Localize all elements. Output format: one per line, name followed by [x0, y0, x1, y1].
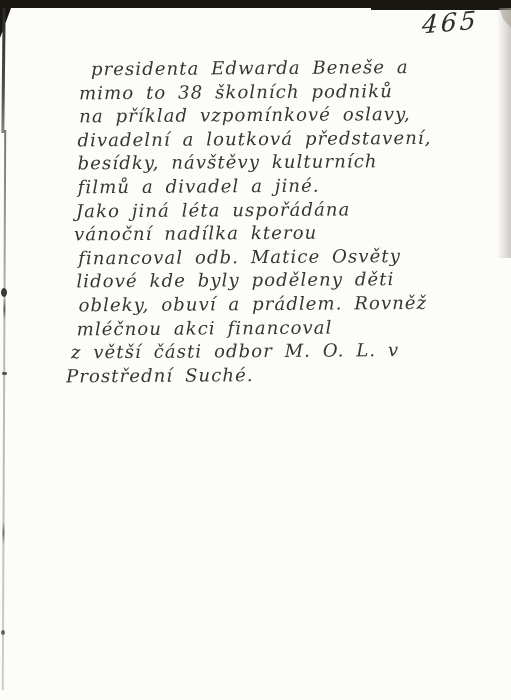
page-number: 465 [421, 5, 479, 39]
handwritten-line: filmů a divadel a jiné. [78, 174, 460, 200]
scan-speck [1, 288, 7, 297]
scan-speck [2, 372, 7, 375]
handwritten-line: lidové kde byly poděleny děti [76, 268, 460, 294]
handwritten-line: financoval odb. Matice Osvěty [78, 244, 460, 270]
handwritten-line: presidenta Edwarda Beneše a [91, 56, 459, 82]
handwritten-line: divadelní a loutková představení, [77, 126, 459, 152]
scan-speck [1, 630, 5, 635]
scanned-manuscript-page: 465 presidenta Edwarda Beneše a mimo to … [0, 0, 511, 700]
handwritten-line: mléčnou akci financoval [77, 315, 461, 341]
handwritten-line: mimo to 38 školních podniků [79, 79, 459, 105]
handwritten-line: z větší části odbor M. O. L. v [71, 339, 461, 365]
handwritten-line: na příklad vzpomínkové oslavy, [79, 103, 459, 129]
page-edge-left-dark [1, 8, 5, 133]
page-edge-right-shadow [497, 8, 511, 258]
handwritten-line: besídky, návštěvy kulturních [78, 150, 460, 176]
handwritten-line: Jako jiná léta uspořádána [76, 197, 460, 223]
handwritten-line: vánoční nadílka kterou [74, 221, 460, 247]
page-edge-left-line [2, 130, 6, 690]
handwritten-line: Prostřední Suché. [66, 362, 461, 388]
handwritten-text-block: presidenta Edwarda Beneše a mimo to 38 š… [77, 56, 461, 389]
handwritten-line: obleky, obuví a prádlem. Rovněž [78, 292, 460, 318]
